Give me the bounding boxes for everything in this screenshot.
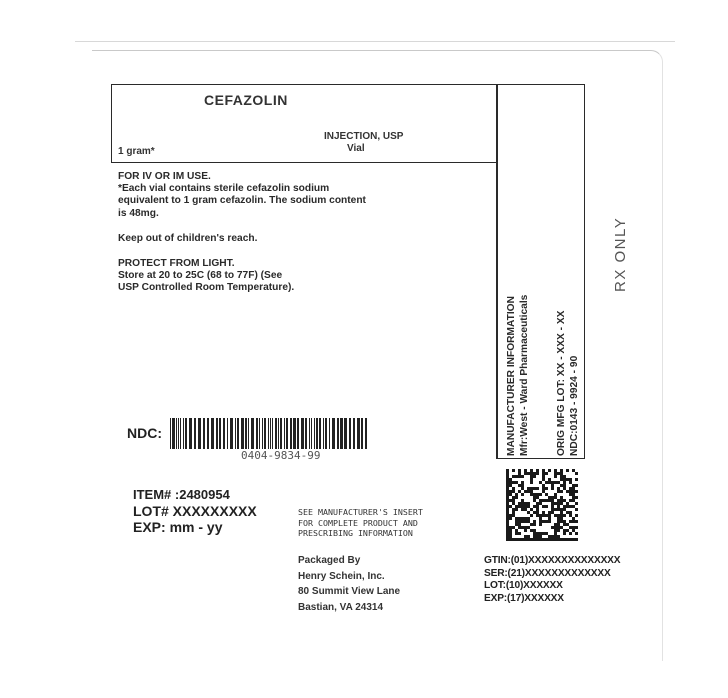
packager-line: Packaged By	[298, 553, 400, 569]
expiration-identifier: EXP:(17)XXXXXX	[484, 593, 620, 606]
expiration-date: EXP: mm - yy	[133, 519, 222, 535]
packager-line: Bastian, VA 24314	[298, 600, 400, 616]
insert-notice-line: FOR COMPLETE PRODUCT AND	[298, 518, 423, 529]
strength: 1 gram*	[118, 146, 155, 157]
usage-line: FOR IV OR IM USE.	[118, 171, 366, 183]
ndc-label: NDC:	[127, 425, 162, 441]
product-header-box	[111, 84, 498, 163]
product-name: CEFAZOLIN	[204, 92, 288, 108]
storage-line: Store at 20 to 25C (68 to 77F) (See	[118, 270, 294, 282]
datamatrix-code	[505, 469, 579, 541]
usage-line: is 48mg.	[118, 208, 366, 220]
rx-only-notice: RX ONLY	[612, 217, 629, 292]
serialization-identifiers: GTIN:(01)XXXXXXXXXXXXXX SER:(21)XXXXXXXX…	[484, 555, 620, 605]
storage-line: PROTECT FROM LIGHT.	[118, 258, 294, 270]
packager-line: 80 Summit View Lane	[298, 584, 400, 600]
ndc-number: 0404-9834-99	[241, 449, 320, 462]
child-warning: Keep out of children's reach.	[118, 233, 257, 245]
original-lot-info: ORIG MFG LOT: XX - XXX - XX NDC:0143 - 9…	[555, 311, 581, 456]
gtin: GTIN:(01)XXXXXXXXXXXXXX	[484, 555, 620, 568]
manufacturer-heading: MANUFACTURER INFORMATION	[505, 295, 518, 456]
insert-notice-line: SEE MANUFACTURER'S INSERT	[298, 507, 423, 518]
serial-number: SER:(21)XXXXXXXXXXXXX	[484, 568, 620, 581]
item-number: ITEM# :2480954	[133, 487, 230, 502]
label-sheet-edge	[75, 41, 675, 42]
dosage-form: INJECTION, USP	[324, 131, 403, 142]
container-type: Vial	[347, 143, 365, 154]
usage-description: FOR IV OR IM USE. *Each vial contains st…	[118, 171, 366, 220]
packager-line: Henry Schein, Inc.	[298, 569, 400, 585]
manufacturer-info: MANUFACTURER INFORMATION Mfr:West - Ward…	[505, 295, 531, 456]
insert-notice-line: PRESCRIBING INFORMATION	[298, 528, 423, 539]
lot-number: LOT# XXXXXXXXX	[133, 503, 257, 519]
packager-info: Packaged By Henry Schein, Inc. 80 Summit…	[298, 553, 400, 615]
insert-notice: SEE MANUFACTURER'S INSERT FOR COMPLETE P…	[298, 507, 423, 539]
storage-line: USP Controlled Room Temperature).	[118, 282, 294, 294]
ndc-barcode	[170, 418, 370, 449]
manufacturer-name: Mfr:West - Ward Pharmaceuticals	[518, 295, 531, 456]
usage-line: equivalent to 1 gram cefazolin. The sodi…	[118, 195, 366, 207]
storage-instructions: PROTECT FROM LIGHT. Store at 20 to 25C (…	[118, 258, 294, 295]
usage-line: *Each vial contains sterile cefazolin so…	[118, 183, 366, 195]
original-ndc: NDC:0143 - 9924 - 90	[568, 311, 581, 456]
original-lot: ORIG MFG LOT: XX - XXX - XX	[555, 311, 568, 456]
lot-identifier: LOT:(10)XXXXXX	[484, 580, 620, 593]
